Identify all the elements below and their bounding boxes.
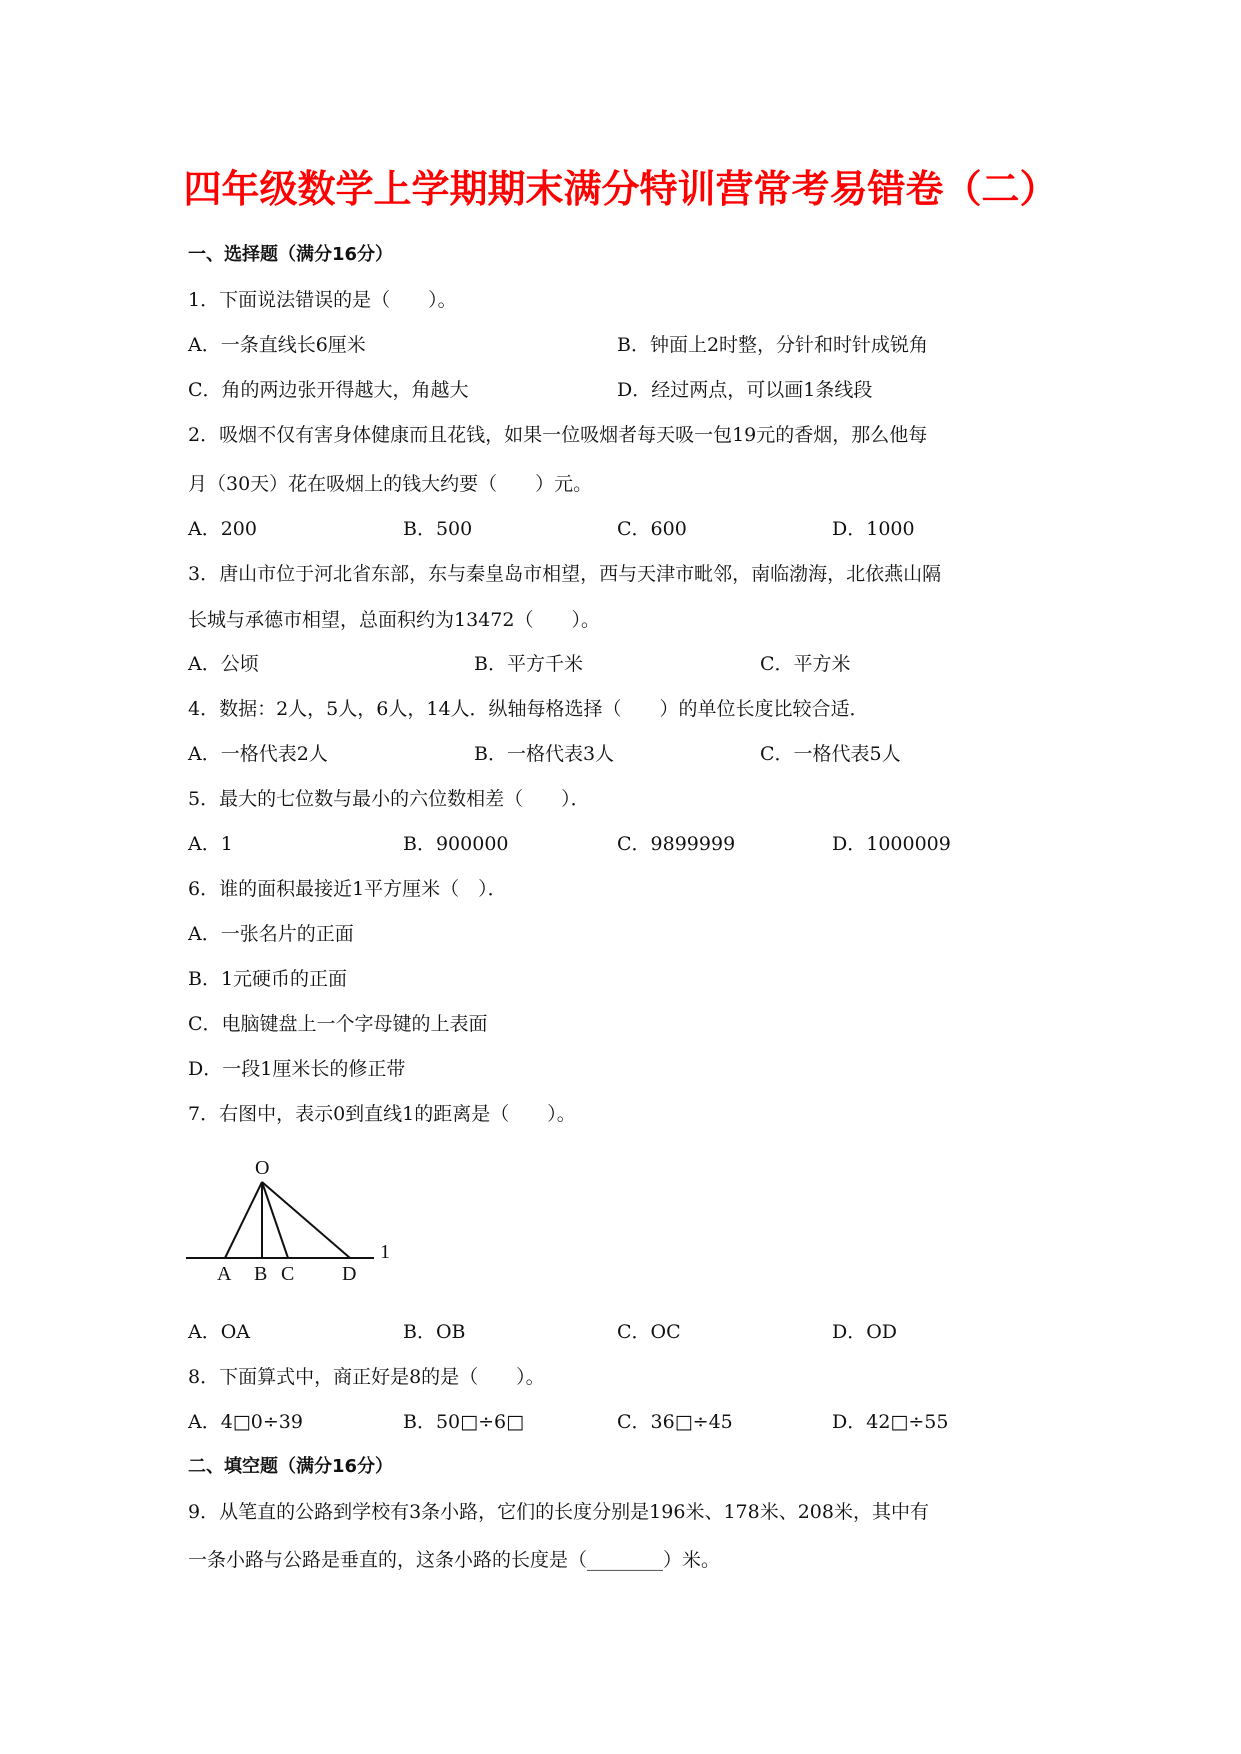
question-8: 8．下面算式中，商正好是8的是（ ）。 — [188, 1365, 545, 1389]
q8-option-b: B．50□÷6□ — [403, 1410, 524, 1434]
question-3-line-2: 长城与承德市相望，总面积约为13472（ ）。 — [188, 608, 600, 632]
question-5: 5．最大的七位数与最小的六位数相差（ ）． — [188, 787, 590, 811]
q1-option-d: D．经过两点，可以画1条线段 — [617, 378, 872, 402]
q6-option-b: B．1元硬币的正面 — [188, 967, 347, 991]
q1-option-c: C．角的两边张开得越大，角越大 — [188, 378, 469, 402]
q6-option-a: A．一张名片的正面 — [188, 922, 354, 946]
apex-label: O — [255, 1157, 269, 1179]
question-7: 7．右图中，表示0到直线1的距离是（ ）。 — [188, 1102, 576, 1126]
q5-option-b: B．900000 — [403, 832, 509, 856]
question-4: 4．数据：2人，5人，6人，14人．纵轴每格选择（ ）的单位长度比较合适． — [188, 697, 869, 721]
q7-option-d: D．OD — [832, 1320, 897, 1344]
q3-option-b: B．平方千米 — [474, 652, 583, 676]
q5-option-a: A．1 — [188, 832, 233, 856]
q7-option-b: B．OB — [403, 1320, 466, 1344]
point-label-c: C — [281, 1263, 294, 1285]
perpendicular-distance-diagram: O 1 A B C D — [180, 1150, 410, 1290]
q2-option-a: A．200 — [188, 517, 257, 541]
question-6: 6．谁的面积最接近1平方厘米（ ）． — [188, 877, 507, 901]
section-heading-fill-blank: 二、填空题（满分16分） — [188, 1455, 393, 1479]
point-label-d: D — [342, 1263, 356, 1285]
q4-option-c: C．一格代表5人 — [760, 742, 901, 766]
q2-option-d: D．1000 — [832, 517, 915, 541]
q1-option-a: A．一条直线长6厘米 — [188, 333, 366, 357]
q8-option-c: C．36□÷45 — [617, 1410, 733, 1434]
question-9-line-1: 9．从笔直的公路到学校有3条小路，它们的长度分别是196米、178米、208米，… — [188, 1500, 929, 1524]
question-2-line-1: 2．吸烟不仅有害身体健康而且花钱，如果一位吸烟者每天吸一包19元的香烟，那么他每 — [188, 423, 927, 447]
point-label-b: B — [254, 1263, 267, 1285]
q4-option-a: A．一格代表2人 — [188, 742, 328, 766]
q3-option-a: A．公顷 — [188, 652, 259, 676]
q4-option-b: B．一格代表3人 — [474, 742, 614, 766]
question-1: 1．下面说法错误的是（ ）。 — [188, 288, 457, 312]
line-label: 1 — [380, 1241, 390, 1263]
q6-option-c: C．电脑键盘上一个字母键的上表面 — [188, 1012, 488, 1036]
q3-option-c: C．平方米 — [760, 652, 851, 676]
exam-page: 四年级数学上学期期末满分特训营常考易错卷（二） 一、选择题（满分16分） 1．下… — [0, 0, 1241, 1754]
question-9-line-2: 一条小路与公路是垂直的，这条小路的长度是（________）米。 — [188, 1548, 720, 1572]
point-label-a: A — [217, 1263, 232, 1285]
q1-option-b: B．钟面上2时整，分针和时针成锐角 — [617, 333, 928, 357]
q7-option-a: A．OA — [188, 1320, 250, 1344]
q5-option-c: C．9899999 — [617, 832, 735, 856]
question-2-line-2: 月（30天）花在吸烟上的钱大约要（ ）元。 — [188, 472, 592, 496]
q6-option-d: D．一段1厘米长的修正带 — [188, 1057, 405, 1081]
q8-option-a: A．4□0÷39 — [188, 1410, 303, 1434]
question-3-line-1: 3．唐山市位于河北省东部，东与秦皇岛市相望，西与天津市毗邻，南临渤海，北依燕山隔 — [188, 562, 941, 586]
q5-option-d: D．1000009 — [832, 832, 951, 856]
q2-option-c: C．600 — [617, 517, 687, 541]
document-title: 四年级数学上学期期末满分特训营常考易错卷（二） — [0, 158, 1241, 213]
section-heading-choice: 一、选择题（满分16分） — [188, 243, 393, 267]
q8-option-d: D．42□÷55 — [832, 1410, 948, 1434]
q2-option-b: B．500 — [403, 517, 472, 541]
geometry-figure-icon: O 1 A B C D — [180, 1150, 410, 1290]
q7-option-c: C．OC — [617, 1320, 681, 1344]
